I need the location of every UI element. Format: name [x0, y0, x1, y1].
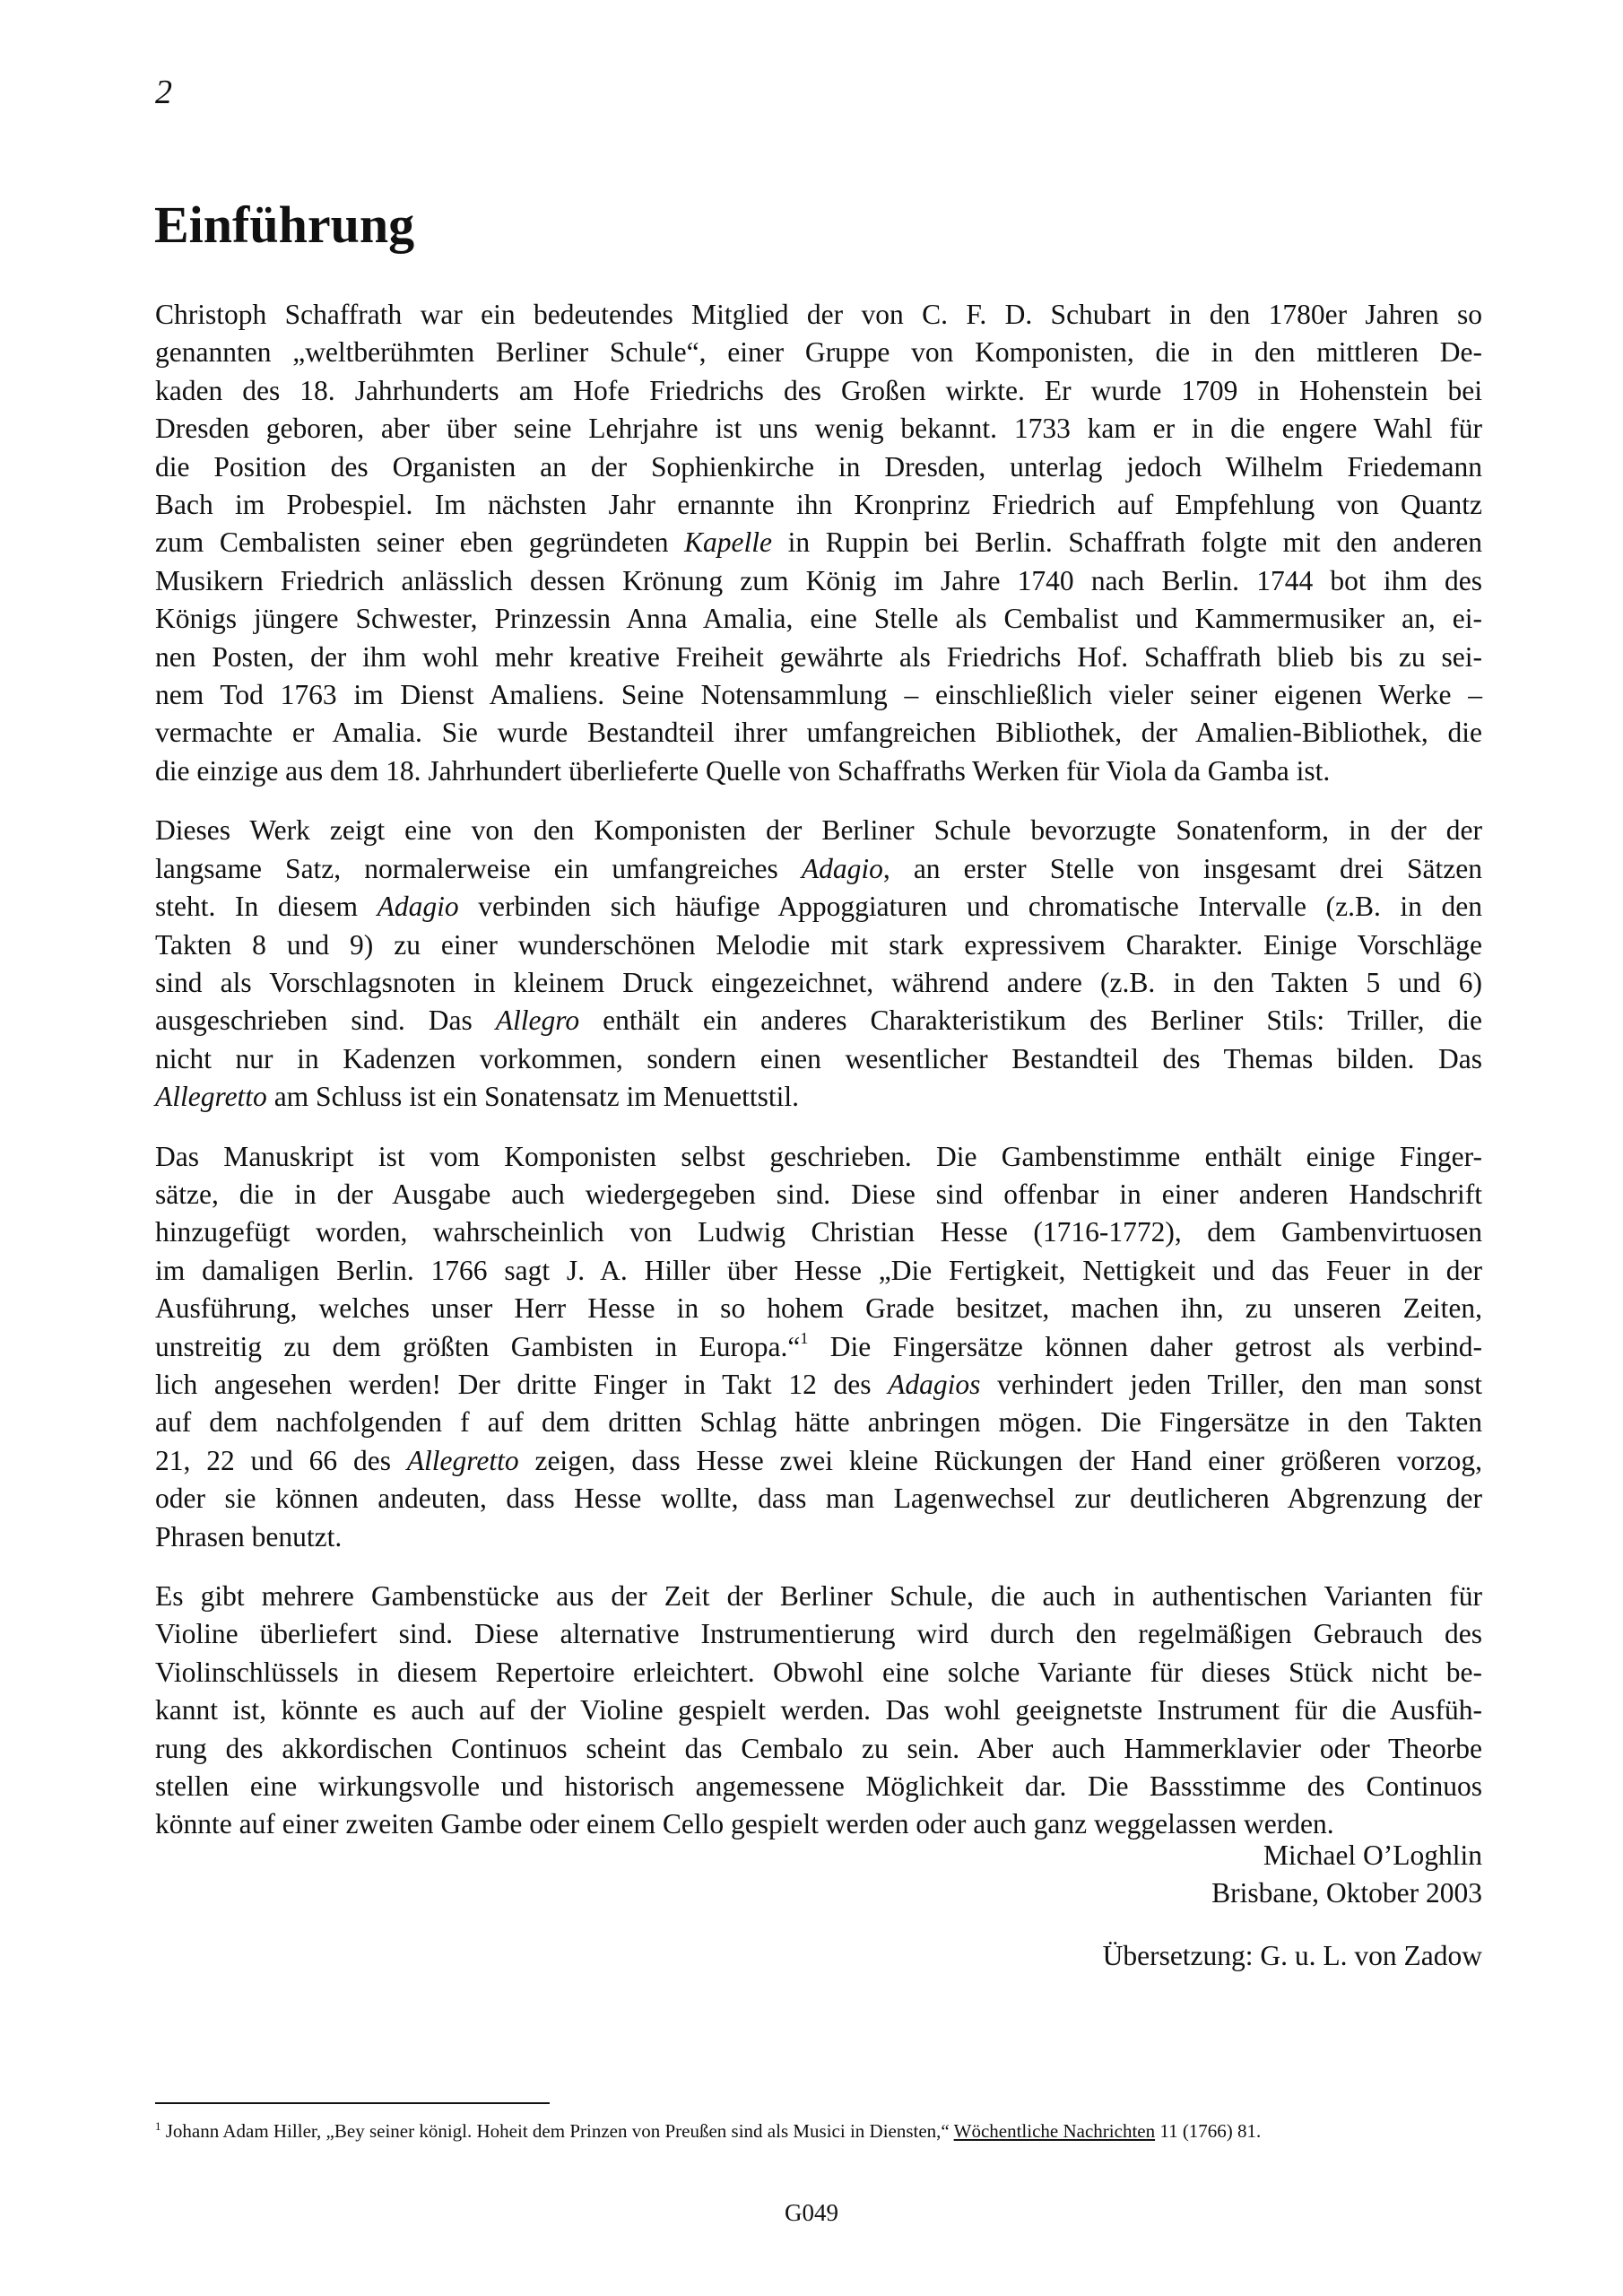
text-segment: Das Manuskript ist vom Komponisten selbs… [155, 1141, 1482, 1172]
text-segment: Ausführung, welches unser Herr Hesse in … [155, 1292, 1482, 1324]
text-segment: enthält ein anderes Charakteristikum des… [579, 1004, 1482, 1036]
text-segment: Dresden geboren, aber über seine Lehrjah… [155, 413, 1482, 444]
author-name: Michael O’Loghlin [1103, 1837, 1482, 1874]
text-line: kannt ist, könnte es auch auf der Violin… [155, 1692, 1482, 1729]
text-line: vermachte er Amalia. Sie wurde Bestandte… [155, 714, 1482, 752]
italic-term: Allegretto [407, 1445, 519, 1476]
text-segment: nem Tod 1763 im Dienst Amaliens. Seine N… [155, 679, 1482, 710]
footnote-citation: 11 (1766) 81. [1155, 2120, 1261, 2142]
text-segment: Violine überliefert sind. Diese alternat… [155, 1618, 1482, 1649]
text-line: auf dem nachfolgenden f auf dem dritten … [155, 1404, 1482, 1441]
text-segment: hinzugefügt worden, wahrscheinlich von L… [155, 1216, 1482, 1248]
paragraph-sonata-form: Dieses Werk zeigt eine von den Komponist… [155, 812, 1482, 1116]
text-segment: langsame Satz, normalerweise ein umfangr… [155, 853, 802, 884]
text-line: Phrasen benutzt. [155, 1518, 1482, 1556]
text-line: nem Tod 1763 im Dienst Amaliens. Seine N… [155, 676, 1482, 714]
paragraph-instrumentation: Es gibt mehrere Gambenstücke aus der Zei… [155, 1578, 1482, 1844]
text-segment: Musikern Friedrich anlässlich dessen Krö… [155, 565, 1482, 596]
italic-term: Kapelle [684, 526, 772, 558]
page-number: 2 [155, 75, 172, 109]
text-line: Es gibt mehrere Gambenstücke aus der Zei… [155, 1578, 1482, 1615]
text-line: unstreitig zu dem größten Gambisten in E… [155, 1328, 1482, 1366]
text-segment: zum Cembalisten seiner eben gegründeten [155, 526, 684, 558]
page-title: Einführung [154, 199, 414, 251]
text-line: nicht nur in Kadenzen vorkommen, sondern… [155, 1040, 1482, 1078]
text-segment: sind als Vorschlagsnoten in kleinem Druc… [155, 967, 1482, 998]
text-segment: , an erster Stelle von insgesamt drei Sä… [883, 853, 1482, 884]
text-line: Das Manuskript ist vom Komponisten selbs… [155, 1138, 1482, 1176]
text-segment: unstreitig zu dem größten Gambisten in E… [155, 1331, 800, 1362]
footnote: 1 Johann Adam Hiller, „Bey seiner königl… [155, 2118, 1261, 2144]
text-segment: Königs jüngere Schwester, Prinzessin Ann… [155, 603, 1482, 634]
text-line: rung des akkordischen Continuos scheint … [155, 1730, 1482, 1768]
text-segment: genannten „weltberühmten Berliner Schule… [155, 336, 1482, 368]
text-segment: am Schluss ist ein Sonatensatz im Menuet… [267, 1081, 799, 1112]
text-line: Christoph Schaffrath war ein bedeutendes… [155, 296, 1482, 334]
text-segment: zeigen, dass Hesse zwei kleine Rückungen… [519, 1445, 1482, 1476]
text-segment: nen Posten, der ihm wohl mehr kreative F… [155, 641, 1482, 673]
footnote-text: Johann Adam Hiller, „Bey seiner königl. … [161, 2120, 954, 2142]
text-segment: Christoph Schaffrath war ein bedeutendes… [155, 299, 1482, 330]
text-segment: Die Fingersätze können daher getrost als… [808, 1331, 1482, 1362]
text-segment: Bach im Probespiel. Im nächsten Jahr ern… [155, 489, 1482, 520]
text-line: kaden des 18. Jahrhunderts am Hofe Fried… [155, 372, 1482, 410]
text-line: sätze, die in der Ausgabe auch wiedergeg… [155, 1176, 1482, 1213]
text-segment: Es gibt mehrere Gambenstücke aus der Zei… [155, 1580, 1482, 1612]
text-line: hinzugefügt worden, wahrscheinlich von L… [155, 1213, 1482, 1251]
text-line: Königs jüngere Schwester, Prinzessin Ann… [155, 600, 1482, 638]
text-segment: sätze, die in der Ausgabe auch wiedergeg… [155, 1178, 1482, 1210]
text-segment: Violinschlüssels in diesem Repertoire er… [155, 1657, 1482, 1688]
catalog-code: G049 [0, 2199, 1623, 2227]
text-line: Bach im Probespiel. Im nächsten Jahr ern… [155, 486, 1482, 524]
text-segment: verbinden sich häufige Appoggiaturen und… [459, 891, 1482, 922]
footnote-source-title: Wöchentliche Nachrichten [954, 2120, 1155, 2142]
text-line: ausgeschrieben sind. Das Allegro enthält… [155, 1002, 1482, 1039]
footnote-divider [155, 2102, 550, 2104]
text-line: Dieses Werk zeigt eine von den Komponist… [155, 812, 1482, 849]
text-line: langsame Satz, normalerweise ein umfangr… [155, 850, 1482, 888]
text-segment: die einzige aus dem 18. Jahrhundert über… [155, 755, 1330, 787]
text-line: Violinschlüssels in diesem Repertoire er… [155, 1654, 1482, 1692]
text-line: Dresden geboren, aber über seine Lehrjah… [155, 410, 1482, 448]
text-segment: Dieses Werk zeigt eine von den Komponist… [155, 814, 1482, 846]
text-segment: in Ruppin bei Berlin. Schaffrath folgte … [772, 526, 1482, 558]
text-segment: Phrasen benutzt. [155, 1521, 342, 1552]
italic-term: Allegro [496, 1004, 579, 1036]
text-segment: kaden des 18. Jahrhunderts am Hofe Fried… [155, 375, 1482, 406]
text-line: lich angesehen werden! Der dritte Finger… [155, 1366, 1482, 1404]
text-line: steht. In diesem Adagio verbinden sich h… [155, 888, 1482, 926]
text-line: Musikern Friedrich anlässlich dessen Krö… [155, 562, 1482, 600]
text-segment: die Position des Organisten an der Sophi… [155, 451, 1482, 483]
paragraph-biography: Christoph Schaffrath war ein bedeutendes… [155, 296, 1482, 790]
body-text: Christoph Schaffrath war ein bedeutendes… [155, 296, 1482, 1865]
text-segment: nicht nur in Kadenzen vorkommen, sondern… [155, 1043, 1482, 1074]
italic-term: Adagio [802, 853, 883, 884]
text-segment: ausgeschrieben sind. Das [155, 1004, 496, 1036]
text-line: Allegretto am Schluss ist ein Sonatensat… [155, 1078, 1482, 1116]
signature-block: Michael O’Loghlin Brisbane, Oktober 2003… [1103, 1837, 1482, 1975]
text-segment: stellen eine wirkungsvolle und historisc… [155, 1770, 1482, 1802]
text-line: Takten 8 und 9) zu einer wunderschönen M… [155, 926, 1482, 964]
italic-term: Allegretto [155, 1081, 267, 1112]
text-segment: lich angesehen werden! Der dritte Finger… [155, 1369, 888, 1400]
italic-term: Adagios [888, 1369, 980, 1400]
text-line: Ausführung, welches unser Herr Hesse in … [155, 1290, 1482, 1327]
text-line: sind als Vorschlagsnoten in kleinem Druc… [155, 964, 1482, 1002]
text-segment: steht. In diesem [155, 891, 378, 922]
text-line: stellen eine wirkungsvolle und historisc… [155, 1768, 1482, 1805]
translation-credit: Übersetzung: G. u. L. von Zadow [1103, 1937, 1482, 1975]
text-segment: auf dem nachfolgenden f auf dem dritten … [155, 1406, 1482, 1438]
text-line: die Position des Organisten an der Sophi… [155, 448, 1482, 486]
text-line: 21, 22 und 66 des Allegretto zeigen, das… [155, 1442, 1482, 1480]
text-segment: kannt ist, könnte es auch auf der Violin… [155, 1694, 1482, 1726]
paragraph-manuscript: Das Manuskript ist vom Komponisten selbs… [155, 1138, 1482, 1556]
text-segment: Takten 8 und 9) zu einer wunderschönen M… [155, 929, 1482, 961]
text-line: oder sie können andeuten, dass Hesse wol… [155, 1480, 1482, 1518]
text-segment: vermachte er Amalia. Sie wurde Bestandte… [155, 717, 1482, 748]
text-segment: rung des akkordischen Continuos scheint … [155, 1733, 1482, 1764]
text-segment: verhindert jeden Triller, den man sonst [980, 1369, 1482, 1400]
text-segment: 21, 22 und 66 des [155, 1445, 407, 1476]
place-date: Brisbane, Oktober 2003 [1103, 1874, 1482, 1912]
text-segment: oder sie können andeuten, dass Hesse wol… [155, 1483, 1482, 1514]
italic-term: Adagio [378, 891, 459, 922]
text-segment: im damaligen Berlin. 1766 sagt J. A. Hil… [155, 1255, 1482, 1286]
text-line: die einzige aus dem 18. Jahrhundert über… [155, 752, 1482, 790]
text-segment: könnte auf einer zweiten Gambe oder eine… [155, 1808, 1334, 1839]
text-line: Violine überliefert sind. Diese alternat… [155, 1615, 1482, 1653]
text-line: genannten „weltberühmten Berliner Schule… [155, 334, 1482, 371]
text-line: im damaligen Berlin. 1766 sagt J. A. Hil… [155, 1252, 1482, 1290]
text-line: zum Cembalisten seiner eben gegründeten … [155, 524, 1482, 561]
text-line: nen Posten, der ihm wohl mehr kreative F… [155, 639, 1482, 676]
